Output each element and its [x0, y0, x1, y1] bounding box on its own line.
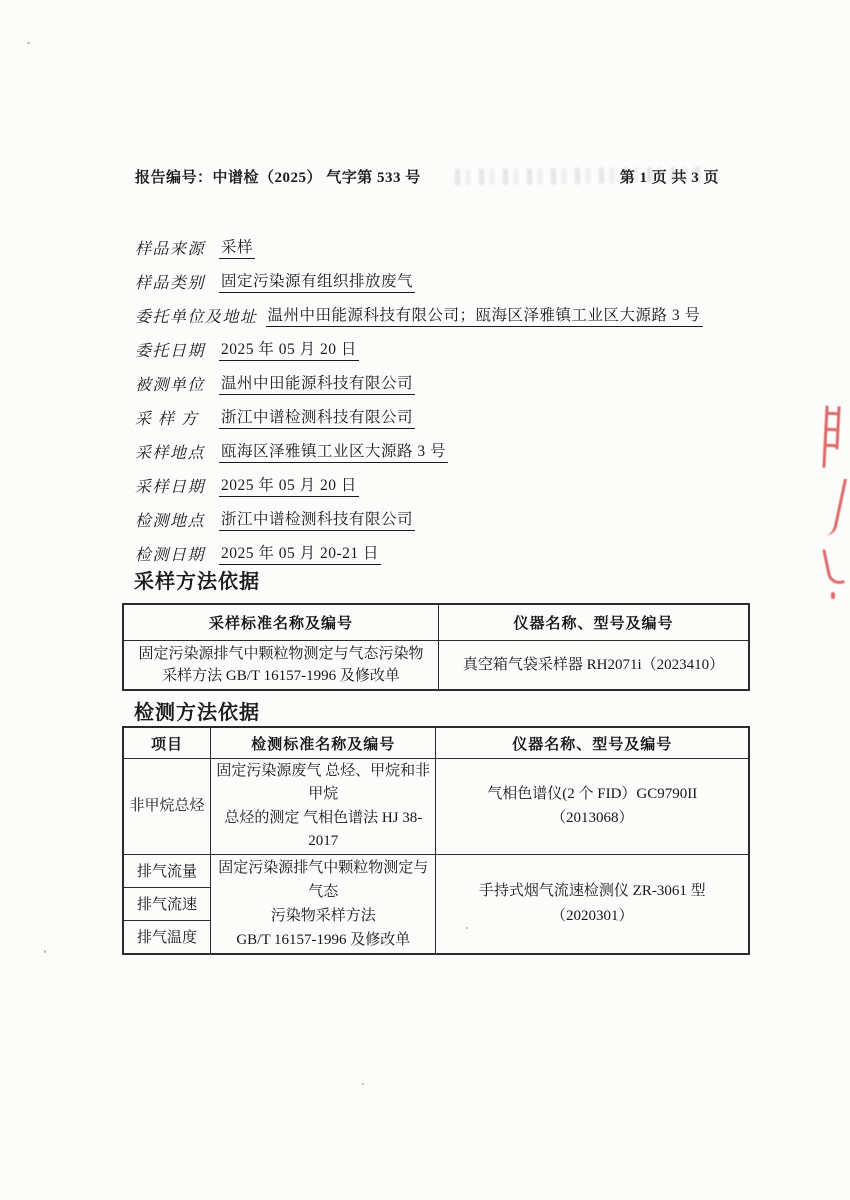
- instrument-line: 手持式烟气流速检测仪 ZR-3061 型: [440, 879, 744, 905]
- field-commission-date: 委托日期 2025 年 05 月 20 日: [135, 332, 755, 366]
- standard-line: 固定污染源排气中颗粒物测定与气态污染物: [128, 643, 434, 666]
- item-cell: 排气温度: [123, 920, 211, 954]
- field-sampling-site: 采样地点 瓯海区泽雅镇工业区大源路 3 号: [135, 434, 755, 468]
- field-label: 检测日期: [135, 542, 219, 565]
- col-header-testing-standard: 检测标准名称及编号: [211, 727, 436, 759]
- sample-info-fields: 样品来源 采样 样品类别 固定污染源有组织排放废气 委托单位及地址 温州中田能源…: [135, 230, 755, 570]
- field-label: 样品类别: [135, 270, 219, 293]
- field-value: 固定污染源有组织排放废气: [219, 269, 415, 293]
- instrument-line: （2020301）: [440, 904, 744, 930]
- field-value: 2025 年 05 月 20 日: [219, 337, 359, 361]
- paper-speck: [466, 927, 468, 929]
- field-value: 温州中田能源科技有限公司；瓯海区泽雅镇工业区大源路 3 号: [266, 303, 703, 327]
- field-value: 采样: [219, 235, 255, 259]
- col-header-instrument: 仪器名称、型号及编号: [436, 727, 749, 759]
- standard-line: 采样方法 GB/T 16157-1996 及修改单: [128, 665, 434, 688]
- field-label: 采样地点: [135, 440, 219, 463]
- field-value: 温州中田能源科技有限公司: [219, 371, 415, 395]
- ink-bleed-smudge: [455, 167, 700, 186]
- standard-line: 污染物采样方法: [215, 904, 431, 928]
- testing-standard-cell: 固定污染源废气 总烃、甲烷和非甲烷 总烃的测定 气相色谱法 HJ 38-2017: [211, 759, 436, 855]
- field-label: 检测地点: [135, 508, 219, 531]
- field-value: 2025 年 05 月 20-21 日: [219, 541, 381, 565]
- standard-line: 固定污染源排气中颗粒物测定与气态: [215, 856, 431, 904]
- field-sample-source: 样品来源 采样: [135, 230, 755, 264]
- table-header-row: 项目 检测标准名称及编号 仪器名称、型号及编号: [123, 727, 749, 759]
- instrument-cell: 手持式烟气流速检测仪 ZR-3061 型 （2020301）: [436, 855, 749, 955]
- sampling-instrument-cell: 真空箱气袋采样器 RH2071i（2023410）: [439, 641, 750, 691]
- field-sample-category: 样品类别 固定污染源有组织排放废气: [135, 264, 755, 298]
- field-label: 采 样 方: [135, 406, 219, 429]
- standard-line: 固定污染源废气 总烃、甲烷和非甲烷: [215, 760, 431, 807]
- item-cell: 非甲烷总烃: [123, 759, 211, 855]
- col-header-sampling-standard: 采样标准名称及编号: [123, 604, 439, 641]
- table-header-row: 采样标准名称及编号 仪器名称、型号及编号: [123, 604, 749, 641]
- instrument-cell: 气相色谱仪(2 个 FID）GC9790II （2013068）: [436, 759, 749, 855]
- testing-method-table: 项目 检测标准名称及编号 仪器名称、型号及编号 非甲烷总烃 固定污染源废气 总烃…: [122, 726, 750, 955]
- table-row: 固定污染源排气中颗粒物测定与气态污染物 采样方法 GB/T 16157-1996…: [123, 641, 749, 691]
- paper-speck: [27, 42, 30, 44]
- field-value: 2025 年 05 月 20 日: [219, 473, 359, 497]
- seal-stroke: [822, 478, 847, 536]
- table-row-exhaust-flow: 排气流量 固定污染源排气中颗粒物测定与气态 污染物采样方法 GB/T 16157…: [123, 855, 749, 888]
- field-client-address: 委托单位及地址 温州中田能源科技有限公司；瓯海区泽雅镇工业区大源路 3 号: [135, 298, 755, 332]
- col-header-item: 项目: [123, 727, 211, 759]
- item-cell: 排气流速: [123, 887, 211, 920]
- testing-standard-cell: 固定污染源排气中颗粒物测定与气态 污染物采样方法 GB/T 16157-1996…: [211, 855, 436, 955]
- field-testing-site: 检测地点 浙江中谱检测科技有限公司: [135, 502, 755, 536]
- sampling-method-title: 采样方法依据: [134, 565, 260, 594]
- seal-stroke: [822, 547, 844, 586]
- field-label: 样品来源: [135, 236, 219, 259]
- paper-speck: [362, 1083, 364, 1085]
- col-header-instrument: 仪器名称、型号及编号: [439, 604, 750, 641]
- seal-stroke: [831, 592, 835, 599]
- field-label: 委托日期: [135, 338, 219, 361]
- field-label: 采样日期: [135, 474, 219, 497]
- paper-speck: [616, 919, 618, 921]
- seal-stroke: [822, 406, 840, 469]
- item-cell: 排气流量: [123, 855, 211, 888]
- instrument-line: 气相色谱仪(2 个 FID）GC9790II: [440, 783, 744, 806]
- testing-method-title: 检测方法依据: [134, 696, 260, 725]
- standard-line: GB/T 16157-1996 及修改单: [215, 928, 431, 952]
- report-number: 报告编号：中谱检（2025） 气字第 533 号: [135, 166, 421, 187]
- standard-line: 总烃的测定 气相色谱法 HJ 38-2017: [215, 807, 431, 854]
- field-value: 浙江中谱检测科技有限公司: [219, 405, 415, 429]
- field-label: 被测单位: [135, 372, 219, 395]
- field-label: 委托单位及地址: [135, 304, 258, 327]
- table-row-nmhc: 非甲烷总烃 固定污染源废气 总烃、甲烷和非甲烷 总烃的测定 气相色谱法 HJ 3…: [123, 759, 749, 855]
- field-sampling-date: 采样日期 2025 年 05 月 20 日: [135, 468, 755, 502]
- report-page: 报告编号：中谱检（2025） 气字第 533 号 第 1 页 共 3 页 样品来…: [0, 0, 850, 1200]
- paper-speck: [44, 950, 46, 953]
- sampling-standard-cell: 固定污染源排气中颗粒物测定与气态污染物 采样方法 GB/T 16157-1996…: [123, 641, 439, 691]
- field-value: 浙江中谱检测科技有限公司: [219, 507, 415, 531]
- sampling-method-table: 采样标准名称及编号 仪器名称、型号及编号 固定污染源排气中颗粒物测定与气态污染物…: [122, 603, 750, 691]
- field-tested-unit: 被测单位 温州中田能源科技有限公司: [135, 366, 755, 400]
- field-value: 瓯海区泽雅镇工业区大源路 3 号: [219, 439, 448, 463]
- instrument-line: （2013068）: [440, 807, 744, 830]
- field-sampling-party: 采 样 方 浙江中谱检测科技有限公司: [135, 400, 755, 434]
